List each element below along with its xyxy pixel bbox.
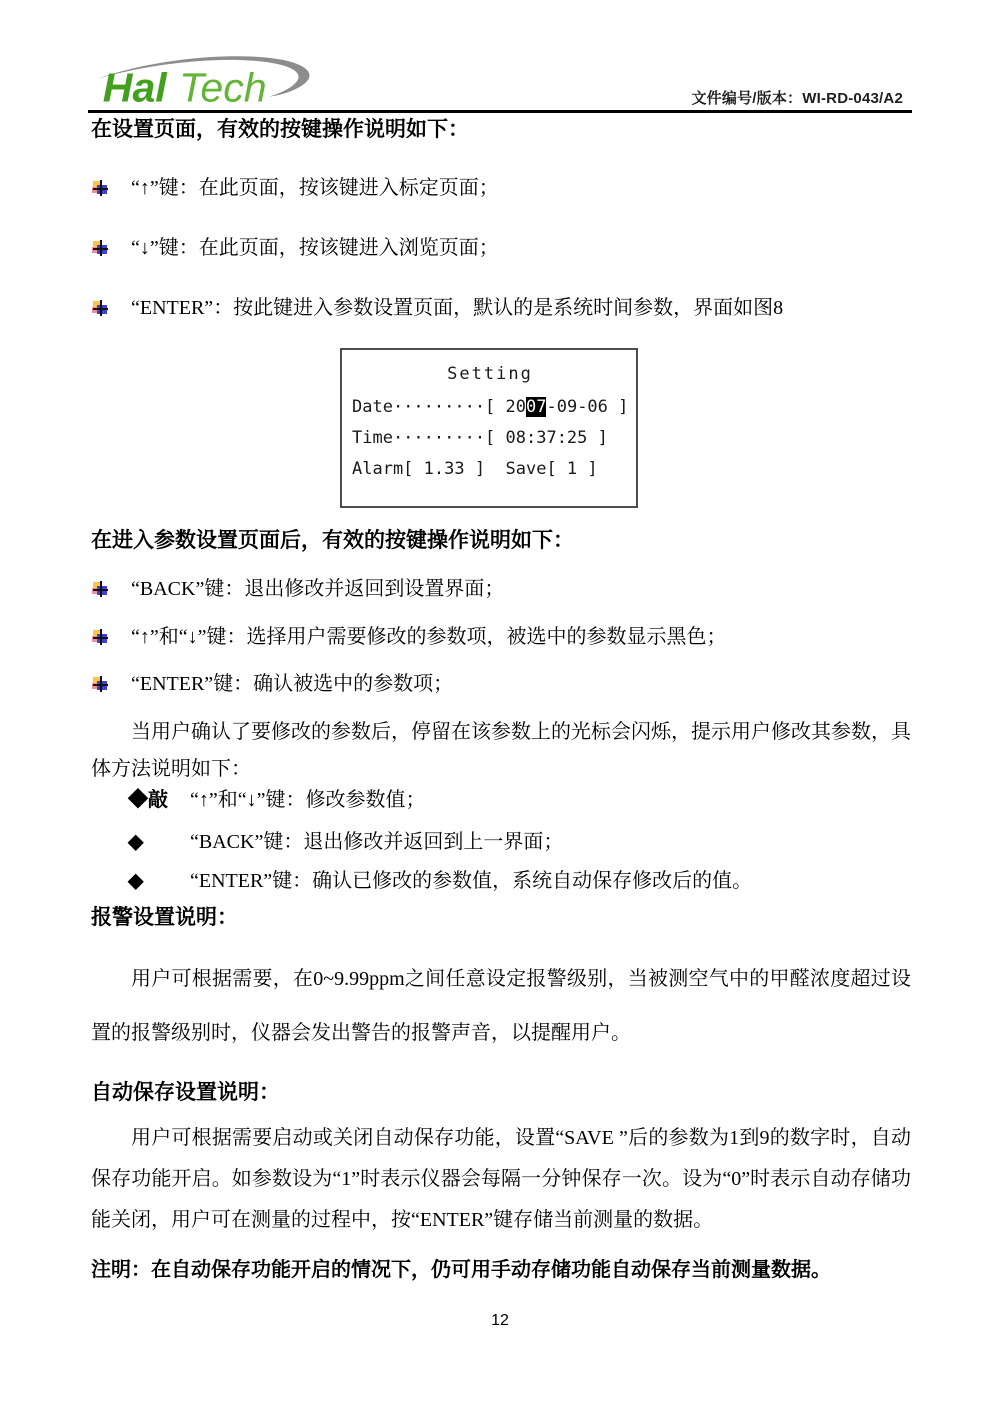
colored-squares-bullet-icon (92, 627, 109, 644)
setting-screen-title: Setting (352, 360, 628, 388)
bullet-text: “↓”键：在此页面，按该键进入浏览页面； (131, 235, 499, 261)
bullet-text: “↑”和“↓”键：选择用户需要修改的参数项，被选中的参数显示黑色； (131, 624, 727, 650)
colored-squares-bullet-icon (92, 298, 109, 315)
bullet-text: “↑”键：在此页面，按该键进入标定页面； (131, 175, 499, 201)
bullet-item-up-key: “↑”键：在此页面，按该键进入标定页面； (92, 175, 914, 201)
bullet-text: “ENTER”键：确认被选中的参数项； (131, 671, 453, 697)
bullet-text: “ENTER”：按此键进入参数设置页面，默认的是系统时间参数，界面如图8 (131, 295, 783, 321)
bullet-item-enter-confirm: “ENTER”键：确认被选中的参数项； (92, 671, 914, 697)
date-suffix: -09-06 ] (546, 397, 628, 417)
date-highlighted-digits: 07 (526, 397, 546, 417)
diamond-text: “↑”和“↓”键：修改参数值； (190, 789, 426, 811)
diamond-marker: ◆ (128, 868, 190, 894)
logo-text-hal: Hal (103, 65, 169, 111)
diamond-marker: ◆敲 (128, 787, 190, 813)
haltech-logo-graphic: Hal Tech (93, 50, 318, 114)
alarm-paragraph: 用户可根据需要，在0~9.99ppm之间任意设定报警级别，当被测空气中的甲醛浓度… (91, 952, 911, 1060)
setting-alarm-save-line: Alarm[ 1.33 ] Save[ 1 ] (352, 454, 628, 485)
page-number: 12 (0, 1312, 1000, 1330)
setting-date-line: Date·········[ 2007-09-06 ] (352, 392, 628, 423)
setting-time-line: Time·········[ 08:37:25 ] (352, 423, 628, 454)
section-params-heading: 在进入参数设置页面后，有效的按键操作说明如下： (91, 528, 911, 554)
date-prefix: Date·········[ 20 (352, 397, 526, 417)
bullet-item-enter-key: “ENTER”：按此键进入参数设置页面，默认的是系统时间参数，界面如图8 (92, 295, 914, 321)
colored-squares-bullet-icon (92, 674, 109, 691)
diamond-text: “BACK”键：退出修改并返回到上一界面； (190, 831, 563, 853)
haltech-logo: Hal Tech (93, 50, 318, 114)
autosave-note: 注明：在自动保存功能开启的情况下，仍可用手动存储功能自动保存当前测量数据。 (91, 1257, 911, 1283)
bullet-item-back-key: “BACK”键：退出修改并返回到设置界面； (92, 576, 914, 602)
bullet-item-updown-keys: “↑”和“↓”键：选择用户需要修改的参数项，被选中的参数显示黑色； (92, 624, 914, 650)
header-divider (88, 110, 912, 113)
document-number: 文件编号/版本：WI-RD-043/A2 (691, 87, 903, 108)
diamond-marker: ◆ (128, 829, 190, 855)
colored-squares-bullet-icon (92, 238, 109, 255)
diamond-item-back: ◆“BACK”键：退出修改并返回到上一界面； (128, 829, 914, 855)
bullet-item-down-key: “↓”键：在此页面，按该键进入浏览页面； (92, 235, 914, 261)
autosave-paragraph: 用户可根据需要启动或关闭自动保存功能，设置“SAVE ”后的参数为1到9的数字时… (91, 1118, 911, 1241)
section-setting-heading: 在设置页面，有效的按键操作说明如下： (91, 117, 911, 143)
bullet-text: “BACK”键：退出修改并返回到设置界面； (131, 576, 504, 602)
colored-squares-bullet-icon (92, 579, 109, 596)
diamond-text: “ENTER”键：确认已修改的参数值，系统自动保存修改后的值。 (190, 870, 752, 892)
logo-text-tech: Tech (179, 65, 267, 111)
modify-intro-paragraph: 当用户确认了要修改的参数后，停留在该参数上的光标会闪烁，提示用户修改其参数，具体… (91, 714, 911, 788)
alarm-section-heading: 报警设置说明： (91, 905, 911, 931)
document-page: Hal Tech 文件编号/版本：WI-RD-043/A2 在设置页面，有效的按… (0, 0, 1000, 1414)
autosave-section-heading: 自动保存设置说明： (91, 1080, 911, 1106)
diamond-item-updown: ◆敲“↑”和“↓”键：修改参数值； (128, 787, 914, 813)
setting-screen-figure: Setting Date·········[ 2007-09-06 ] Time… (340, 348, 638, 508)
colored-squares-bullet-icon (92, 178, 109, 195)
diamond-item-enter: ◆“ENTER”键：确认已修改的参数值，系统自动保存修改后的值。 (128, 868, 914, 894)
